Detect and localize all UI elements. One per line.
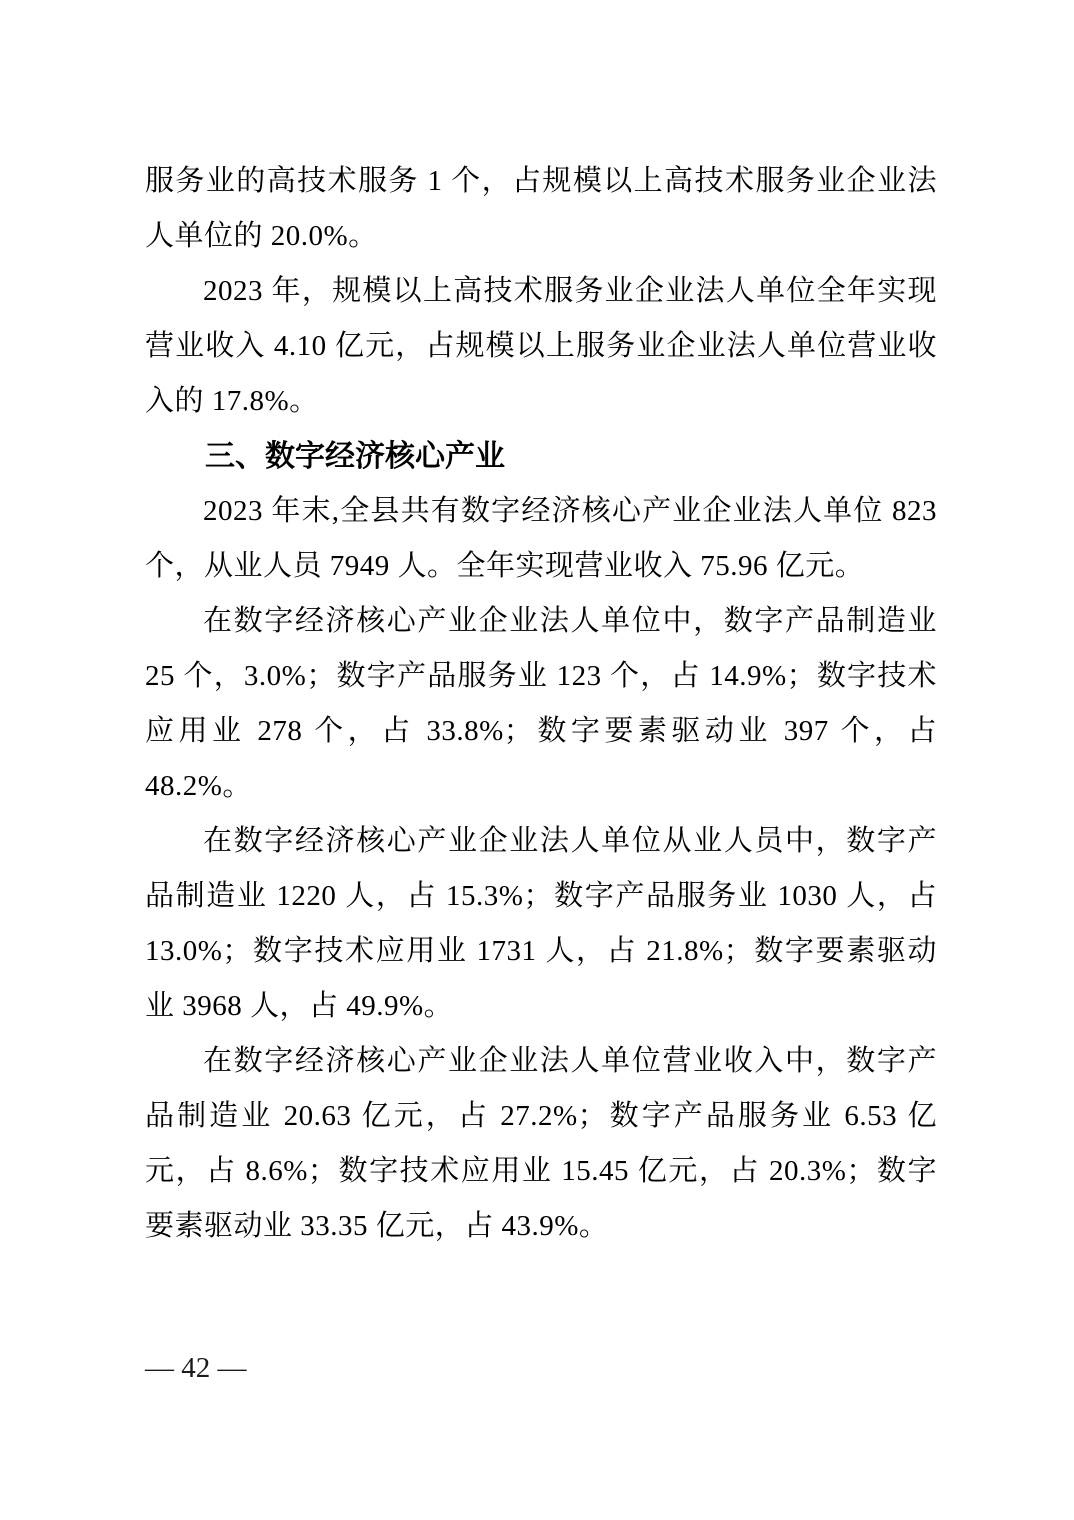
paragraph-digital-economy-overview: 2023 年末,全县共有数字经济核心产业企业法人单位 823 个，从业人员 79… bbox=[145, 484, 937, 594]
paragraph-high-tech-revenue: 2023 年，规模以上高技术服务业企业法人单位全年实现营业收入 4.10 亿元，… bbox=[145, 264, 937, 429]
page-content: 服务业的高技术服务 1 个，占规模以上高技术服务业企业法人单位的 20.0%。 … bbox=[145, 154, 937, 1254]
paragraph-legal-entities-breakdown: 在数字经济核心产业企业法人单位中，数字产品制造业 25 个，3.0%；数字产品服… bbox=[145, 594, 937, 814]
document-page: 服务业的高技术服务 1 个，占规模以上高技术服务业企业法人单位的 20.0%。 … bbox=[0, 0, 1074, 1520]
page-number: — 42 — bbox=[145, 1351, 247, 1385]
paragraph-revenue-breakdown: 在数字经济核心产业企业法人单位营业收入中，数字产品制造业 20.63 亿元，占 … bbox=[145, 1034, 937, 1254]
paragraph-services-continuation: 服务业的高技术服务 1 个，占规模以上高技术服务业企业法人单位的 20.0%。 bbox=[145, 154, 937, 264]
paragraph-employees-breakdown: 在数字经济核心产业企业法人单位从业人员中，数字产品制造业 1220 人，占 15… bbox=[145, 814, 937, 1034]
section-heading: 三、数字经济核心产业 bbox=[145, 429, 937, 484]
